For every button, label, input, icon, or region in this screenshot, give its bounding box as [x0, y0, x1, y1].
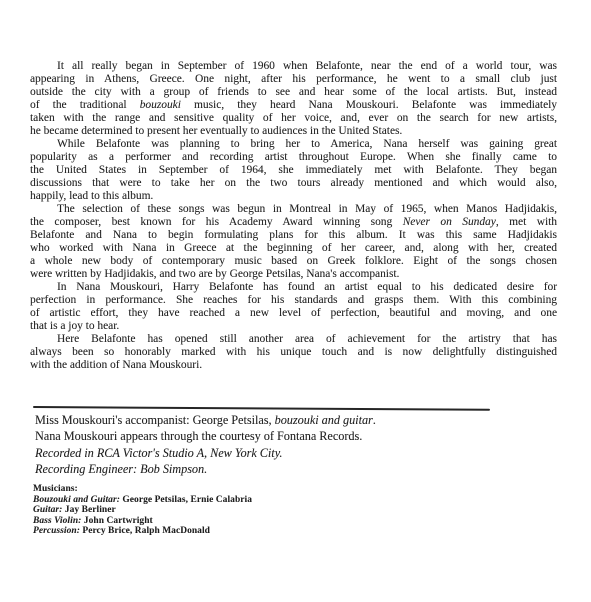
credit-line-courtesy: Nana Mouskouri appears through the court…	[35, 428, 376, 444]
text-line: appearing in Athens, Greece. One night, …	[30, 73, 557, 86]
musician-line: Guitar: Jay Berliner	[33, 505, 252, 516]
liner-notes-article: It all really began in September of 1960…	[30, 60, 557, 372]
text-line: Here Belafonte has opened still another …	[30, 333, 557, 346]
text-segment: .	[373, 413, 376, 427]
text-line: he became determined to present her even…	[30, 125, 557, 138]
instrument-label: Bouzouki and Guitar:	[33, 495, 120, 505]
musicians-section: Musicians: Bouzouki and Guitar: George P…	[33, 484, 252, 537]
paragraph: The selection of these songs was begun i…	[30, 203, 557, 281]
instrument-label: Guitar:	[33, 505, 62, 515]
text-line: a whole new body of contemporary music b…	[30, 255, 557, 268]
musician-names: Percy Brice, Ralph MacDonald	[80, 526, 210, 536]
text-segment: music, they heard Nana Mouskouri. Belafo…	[181, 99, 557, 111]
text-line: It all really began in September of 1960…	[30, 60, 557, 73]
musician-line: Bouzouki and Guitar: George Petsilas, Er…	[33, 495, 252, 506]
text-line: always been so honorably marked with his…	[30, 346, 557, 359]
text-line: discussions that were to take her on the…	[30, 177, 557, 190]
text-line: In Nana Mouskouri, Harry Belafonte has f…	[30, 281, 557, 294]
musicians-heading: Musicians:	[33, 484, 252, 495]
credit-line-accompanist: Miss Mouskouri's accompanist: George Pet…	[35, 412, 376, 428]
text-line: that is a joy to hear.	[30, 320, 557, 333]
musician-names: George Petsilas, Ernie Calabria	[120, 495, 252, 505]
paragraph: In Nana Mouskouri, Harry Belafonte has f…	[30, 281, 557, 333]
italic-segment: bouzouki and guitar	[275, 413, 373, 427]
italic-segment: bouzouki	[140, 99, 181, 111]
text-line: outside the city with a group of friends…	[30, 86, 557, 99]
text-line: perfection in performance. She reaches f…	[30, 294, 557, 307]
text-line: happily, lead to this album.	[30, 190, 557, 203]
text-line: While Belafonte was planning to bring he…	[30, 138, 557, 151]
credits-section: Miss Mouskouri's accompanist: George Pet…	[35, 412, 376, 478]
text-line: of artistic effort, they have reached a …	[30, 307, 557, 320]
text-line: taken with the range and sensitive quali…	[30, 112, 557, 125]
credit-line-engineer: Recording Engineer: Bob Simpson.	[35, 461, 376, 477]
instrument-label: Bass Violin:	[33, 516, 81, 526]
text-line: the composer, best known for his Academy…	[30, 216, 557, 229]
text-line: with the addition of Nana Mouskouri.	[30, 359, 557, 372]
text-line: The selection of these songs was begun i…	[30, 203, 557, 216]
text-line: were written by Hadjidakis, and two are …	[30, 268, 557, 281]
musician-names: John Cartwright	[81, 516, 152, 526]
paragraph: While Belafonte was planning to bring he…	[30, 138, 557, 203]
text-segment: , met with	[496, 216, 557, 228]
text-segment: Miss Mouskouri's accompanist: George Pet…	[35, 413, 275, 427]
text-line: the United States in September of 1964, …	[30, 164, 557, 177]
paragraph: It all really began in September of 1960…	[30, 60, 557, 138]
divider-line	[33, 406, 490, 411]
text-line: popularity as a performer and recording …	[30, 151, 557, 164]
musician-line: Percussion: Percy Brice, Ralph MacDonald	[33, 526, 252, 537]
instrument-label: Percussion:	[33, 526, 80, 536]
musician-line: Bass Violin: John Cartwright	[33, 516, 252, 527]
musician-names: Jay Berliner	[62, 505, 115, 515]
credit-line-recorded: Recorded in RCA Victor's Studio A, New Y…	[35, 445, 376, 461]
text-segment: the composer, best known for his Academy…	[30, 216, 403, 228]
scanned-liner-notes-page: It all really began in September of 1960…	[0, 0, 591, 602]
text-segment: of the traditional	[30, 99, 140, 111]
italic-segment: Never on Sunday	[403, 216, 496, 228]
text-line: Belafonte and Nana to begin formulating …	[30, 229, 557, 242]
paragraph: Here Belafonte has opened still another …	[30, 333, 557, 372]
text-line: who worked with Nana in Greece at the be…	[30, 242, 557, 255]
text-line: of the traditional bouzouki music, they …	[30, 99, 557, 112]
